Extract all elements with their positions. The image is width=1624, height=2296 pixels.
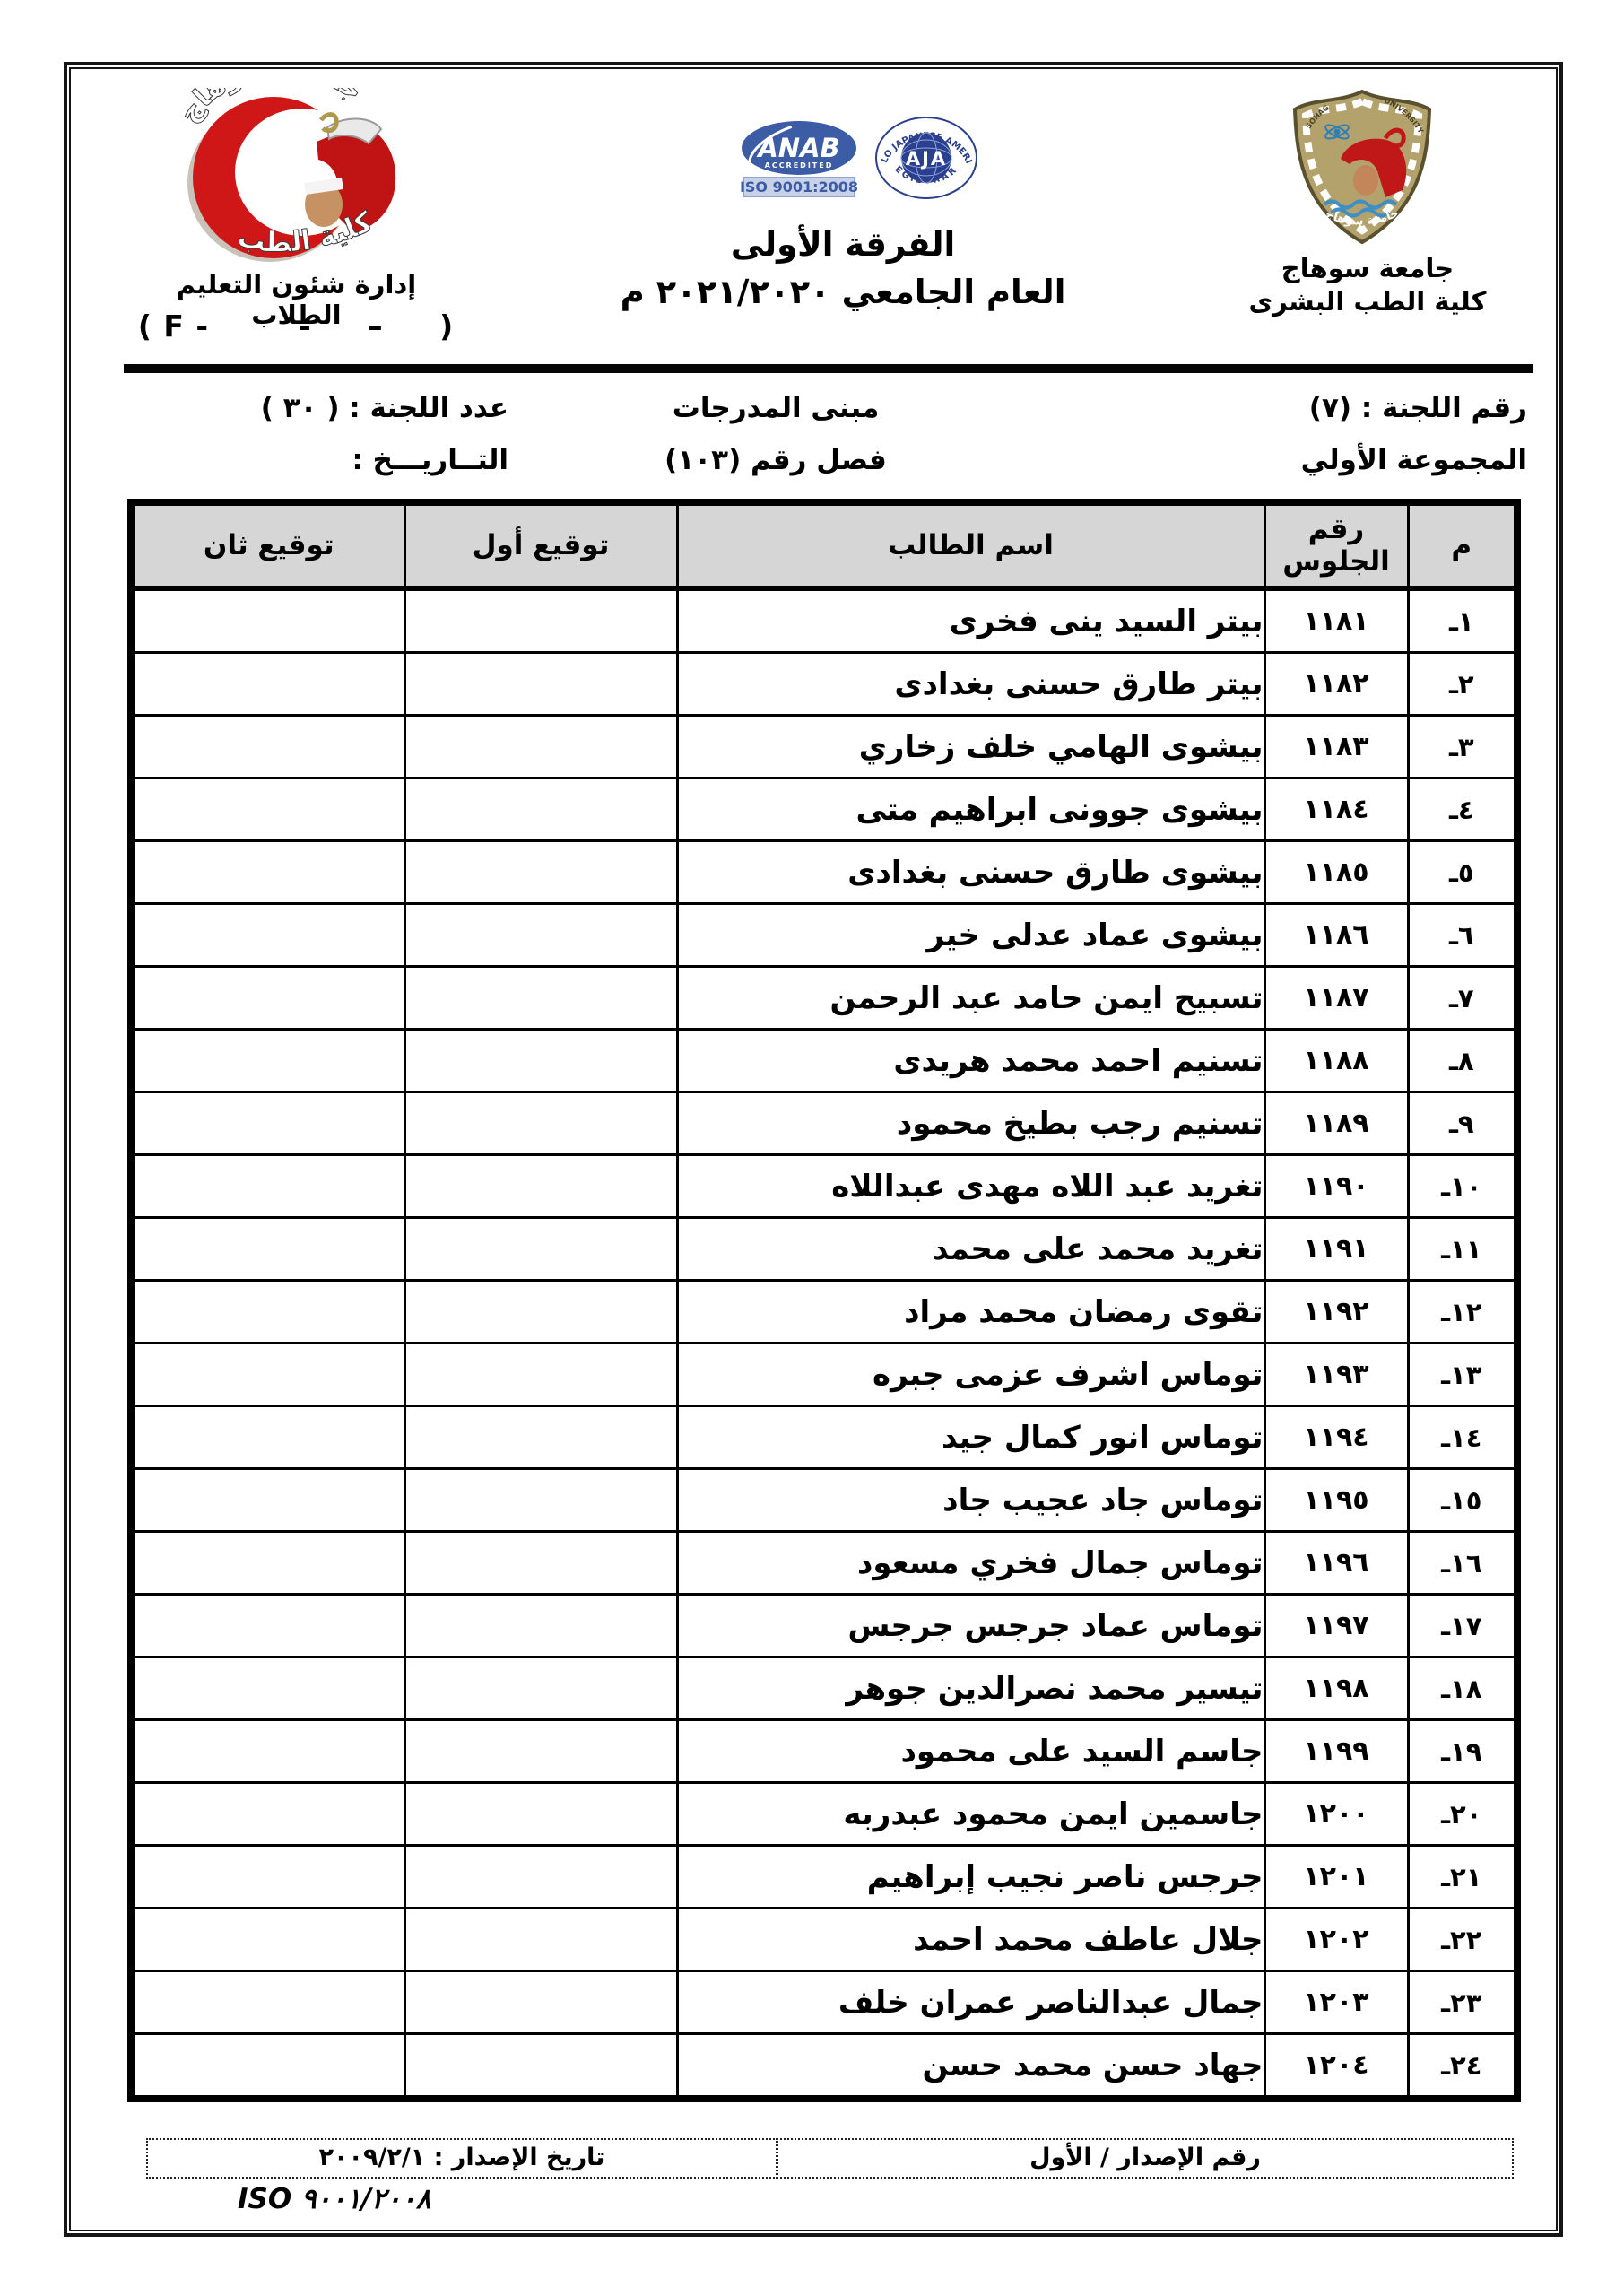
student-name-cell: توماس جمال فخري مسعود: [677, 1532, 1264, 1595]
student-name-cell: بيتر طارق حسنى بغدادى: [677, 653, 1264, 716]
header-no: م: [1408, 502, 1517, 588]
anab-accredited-label: ACCREDITED: [765, 161, 834, 170]
table-row: ١ـ ١١٨١ بيتر السيد ينى فخرى: [131, 588, 1517, 653]
second-signature-cell: [131, 1909, 404, 1971]
faculty-name: كلية الطب البشرى: [1242, 285, 1493, 318]
table-row: ١٣ـ ١١٩٣ توماس اشرف عزمى جبره: [131, 1344, 1517, 1406]
seat-number-cell: ١١٩١: [1264, 1218, 1408, 1281]
table-row: ١٢ـ ١١٩٢ تقوى رمضان محمد مراد: [131, 1281, 1517, 1344]
student-name-cell: جمال عبدالناصر عمران خلف: [677, 1971, 1264, 2034]
table-row: ٥ـ ١١٨٥ بيشوى طارق حسنى بغدادى: [131, 841, 1517, 904]
first-signature-cell: [404, 1155, 677, 1218]
row-number-cell: ٢٠ـ: [1408, 1783, 1517, 1846]
student-name-cell: بيشوى جوونى ابراهيم متى: [677, 778, 1264, 841]
row-number-cell: ٢٣ـ: [1408, 1971, 1517, 2034]
second-signature-cell: [131, 1595, 404, 1657]
first-signature-cell: [404, 1218, 677, 1281]
row-number-cell: ٥ـ: [1408, 841, 1517, 904]
table-row: ١٩ـ ١١٩٩ جاسم السيد على محمود: [131, 1720, 1517, 1783]
row-number-cell: ٤ـ: [1408, 778, 1517, 841]
header-first-signature: توقيع أول: [404, 502, 677, 588]
table-row: ٣ـ ١١٨٣ بيشوى الهامي خلف زخاري: [131, 716, 1517, 778]
anab-wordmark: ANAB: [756, 133, 839, 163]
first-signature-cell: [404, 1657, 677, 1720]
second-signature-cell: [131, 1344, 404, 1406]
table-row: ٢٢ـ ١٢٠٢ جلال عاطف محمد احمد: [131, 1909, 1517, 1971]
second-signature-cell: [131, 778, 404, 841]
student-name-cell: جاسم السيد على محمود: [677, 1720, 1264, 1783]
student-name-cell: تسنيم رجب بطيخ محمود: [677, 1092, 1264, 1155]
row-number-cell: ١٨ـ: [1408, 1657, 1517, 1720]
row-number-cell: ٩ـ: [1408, 1092, 1517, 1155]
first-signature-cell: [404, 1092, 677, 1155]
row-number-cell: ٢٤ـ: [1408, 2034, 1517, 2100]
student-name-cell: جاسمين ايمن محمود عبدربه: [677, 1783, 1264, 1846]
second-signature-cell: [131, 1281, 404, 1344]
university-shield-logo: SOHAG UNIVERSITY جامعة سوهاج: [1280, 87, 1445, 248]
seat-number-cell: ١٢٠٠: [1264, 1783, 1408, 1846]
table-row: ٢٤ـ ١٢٠٤ جهاد حسن محمد حسن: [131, 2034, 1517, 2100]
first-signature-cell: [404, 1783, 677, 1846]
student-name-cell: بيتر السيد ينى فخرى: [677, 588, 1264, 653]
first-signature-cell: [404, 841, 677, 904]
seat-number-cell: ١٢٠٢: [1264, 1909, 1408, 1971]
committee-count: عدد اللجنة : ( ٣٠ ): [261, 382, 508, 434]
iso-certification-line: ISO ٩٠٠١/٢٠٠٨: [238, 2183, 431, 2215]
table-row: ٦ـ ١١٨٦ بيشوى عماد عدلى خير: [131, 904, 1517, 967]
second-signature-cell: [131, 1406, 404, 1469]
first-signature-cell: [404, 1720, 677, 1783]
row-number-cell: ١٢ـ: [1408, 1281, 1517, 1344]
seat-number-cell: ١١٨٨: [1264, 1030, 1408, 1092]
first-signature-cell: [404, 1971, 677, 2034]
table-row: ٢٠ـ ١٢٠٠ جاسمين ايمن محمود عبدربه: [131, 1783, 1517, 1846]
seat-number-cell: ١١٩٣: [1264, 1344, 1408, 1406]
second-signature-cell: [131, 1971, 404, 2034]
first-signature-cell: [404, 967, 677, 1030]
seat-number-cell: ١١٩٥: [1264, 1469, 1408, 1532]
row-number-cell: ١٧ـ: [1408, 1595, 1517, 1657]
first-signature-cell: [404, 1469, 677, 1532]
first-signature-cell: [404, 1344, 677, 1406]
form-code-line: ( F - - – ): [135, 309, 457, 344]
second-signature-cell: [131, 904, 404, 967]
second-signature-cell: [131, 1218, 404, 1281]
student-name-cell: تسنيم احمد محمد هريدى: [677, 1030, 1264, 1092]
row-number-cell: ١ـ: [1408, 588, 1517, 653]
second-signature-cell: [131, 653, 404, 716]
first-signature-cell: [404, 1030, 677, 1092]
seat-number-cell: ١١٨٤: [1264, 778, 1408, 841]
student-name-cell: بيشوى عماد عدلى خير: [677, 904, 1264, 967]
second-signature-cell: [131, 2034, 404, 2100]
table-row: ٢ـ ١١٨٢ بيتر طارق حسنى بغدادى: [131, 653, 1517, 716]
building-label: مبنى المدرجات: [583, 382, 968, 434]
group-label: المجموعة الأولي: [1301, 434, 1527, 486]
second-signature-cell: [131, 1783, 404, 1846]
seat-number-cell: ١١٨١: [1264, 588, 1408, 653]
second-signature-cell: [131, 967, 404, 1030]
seat-number-cell: ١١٩٨: [1264, 1657, 1408, 1720]
row-number-cell: ١٠ـ: [1408, 1155, 1517, 1218]
table-row: ١٠ـ ١١٩٠ تغريد عبد اللاه مهدى عبداللاه: [131, 1155, 1517, 1218]
university-name-block: جامعة سوهاج كلية الطب البشرى: [1242, 252, 1493, 318]
issue-date-box: تاريخ الإصدار : ٢٠٠٩/٢/١: [146, 2138, 777, 2179]
seat-number-cell: ١١٨٢: [1264, 653, 1408, 716]
table-row: ١٧ـ ١١٩٧ توماس عماد جرجس جرجس: [131, 1595, 1517, 1657]
student-name-cell: تيسير محمد نصرالدين جوهر: [677, 1657, 1264, 1720]
first-signature-cell: [404, 1532, 677, 1595]
anab-logo: ANAB ACCREDITED ISO 9001:2008: [739, 120, 859, 197]
row-number-cell: ١٣ـ: [1408, 1344, 1517, 1406]
anab-iso-label: ISO 9001:2008: [740, 178, 858, 196]
aja-wordmark: AJA: [906, 148, 947, 170]
table-row: ٤ـ ١١٨٤ بيشوى جوونى ابراهيم متى: [131, 778, 1517, 841]
row-number-cell: ٧ـ: [1408, 967, 1517, 1030]
student-name-cell: توماس اشرف عزمى جبره: [677, 1344, 1264, 1406]
second-signature-cell: [131, 1155, 404, 1218]
room-label: فصل رقم (١٠٣): [583, 434, 968, 486]
second-signature-cell: [131, 1657, 404, 1720]
second-signature-cell: [131, 716, 404, 778]
header-seat-number: رقم الجلوس: [1264, 502, 1408, 588]
table-row: ٢١ـ ١٢٠١ جرجس ناصر نجيب إبراهيم: [131, 1846, 1517, 1909]
student-name-cell: جلال عاطف محمد احمد: [677, 1909, 1264, 1971]
row-number-cell: ٣ـ: [1408, 716, 1517, 778]
date-label: التــاريـــخ :: [261, 434, 508, 486]
seat-number-cell: ١١٩٠: [1264, 1155, 1408, 1218]
row-number-cell: ٢١ـ: [1408, 1846, 1517, 1909]
first-signature-cell: [404, 1846, 677, 1909]
table-row: ٢٣ـ ١٢٠٣ جمال عبدالناصر عمران خلف: [131, 1971, 1517, 2034]
first-signature-cell: [404, 1406, 677, 1469]
header-student-name: اسم الطالب: [677, 502, 1264, 588]
table-row: ٧ـ ١١٨٧ تسبيح ايمن حامد عبد الرحمن: [131, 967, 1517, 1030]
student-name-cell: تقوى رمضان محمد مراد: [677, 1281, 1264, 1344]
title-grade: الفرقة الأولى: [556, 221, 1130, 268]
second-signature-cell: [131, 1846, 404, 1909]
row-number-cell: ٢٢ـ: [1408, 1909, 1517, 1971]
row-number-cell: ١٥ـ: [1408, 1469, 1517, 1532]
seat-number-cell: ١١٨٩: [1264, 1092, 1408, 1155]
student-name-cell: جهاد حسن محمد حسن: [677, 2034, 1264, 2100]
second-signature-cell: [131, 1720, 404, 1783]
table-body: ١ـ ١١٨١ بيتر السيد ينى فخرى ٢ـ ١١٨٢ بيتر…: [131, 588, 1517, 2099]
seat-number-cell: ١١٨٥: [1264, 841, 1408, 904]
seat-number-cell: ١٢٠٤: [1264, 2034, 1408, 2100]
student-name-cell: جرجس ناصر نجيب إبراهيم: [677, 1846, 1264, 1909]
table-row: ١٤ـ ١١٩٤ توماس انور كمال جيد: [131, 1406, 1517, 1469]
issue-number-box: رقم الإصدار / الأول: [777, 2138, 1514, 2179]
seat-number-cell: ١٢٠١: [1264, 1846, 1408, 1909]
first-signature-cell: [404, 778, 677, 841]
first-signature-cell: [404, 2034, 677, 2100]
committee-number: رقم اللجنة : (٧): [1301, 382, 1527, 434]
student-roster-table: م رقم الجلوس اسم الطالب توقيع أول توقيع …: [127, 499, 1521, 2102]
first-signature-cell: [404, 588, 677, 653]
second-signature-cell: [131, 841, 404, 904]
seat-number-cell: ١١٨٧: [1264, 967, 1408, 1030]
table-row: ٨ـ ١١٨٨ تسنيم احمد محمد هريدى: [131, 1030, 1517, 1092]
row-number-cell: ١١ـ: [1408, 1218, 1517, 1281]
table-row: ١٨ـ ١١٩٨ تيسير محمد نصرالدين جوهر: [131, 1657, 1517, 1720]
row-number-cell: ٨ـ: [1408, 1030, 1517, 1092]
student-name-cell: توماس جاد عجيب جاد: [677, 1469, 1264, 1532]
row-number-cell: ٦ـ: [1408, 904, 1517, 967]
first-signature-cell: [404, 653, 677, 716]
student-name-cell: بيشوى الهامي خلف زخاري: [677, 716, 1264, 778]
row-number-cell: ١٦ـ: [1408, 1532, 1517, 1595]
row-number-cell: ١٩ـ: [1408, 1720, 1517, 1783]
table-row: ١١ـ ١١٩١ تغريد محمد على محمد: [131, 1218, 1517, 1281]
title-academic-year: العام الجامعي ٢٠٢١/٢٠٢٠ م: [556, 268, 1130, 316]
student-name-cell: تغريد محمد على محمد: [677, 1218, 1264, 1281]
committee-info-right: رقم اللجنة : (٧) المجموعة الأولي: [1301, 382, 1527, 486]
first-signature-cell: [404, 1281, 677, 1344]
table-row: ١٥ـ ١١٩٥ توماس جاد عجيب جاد: [131, 1469, 1517, 1532]
student-name-cell: توماس انور كمال جيد: [677, 1406, 1264, 1469]
first-signature-cell: [404, 904, 677, 967]
page-title-block: الفرقة الأولى العام الجامعي ٢٠٢١/٢٠٢٠ م: [556, 221, 1130, 316]
seat-number-cell: ١١٩٦: [1264, 1532, 1408, 1595]
student-name-cell: توماس عماد جرجس جرجس: [677, 1595, 1264, 1657]
row-number-cell: ١٤ـ: [1408, 1406, 1517, 1469]
header-divider-rule: [124, 364, 1533, 373]
first-signature-cell: [404, 716, 677, 778]
first-signature-cell: [404, 1595, 677, 1657]
student-name-cell: تسبيح ايمن حامد عبد الرحمن: [677, 967, 1264, 1030]
second-signature-cell: [131, 1030, 404, 1092]
row-number-cell: ٢ـ: [1408, 653, 1517, 716]
second-signature-cell: [131, 1092, 404, 1155]
second-signature-cell: [131, 588, 404, 653]
second-signature-cell: [131, 1469, 404, 1532]
faculty-crescent-logo: جامعة سوهاج كلية الطب: [137, 88, 411, 267]
seat-number-cell: ١١٨٣: [1264, 716, 1408, 778]
aja-logo: ANGLO JAPANESE AMERICAN REGISTRARS AJA: [873, 116, 979, 200]
university-name: جامعة سوهاج: [1242, 252, 1493, 285]
committee-info-left: عدد اللجنة : ( ٣٠ ) التــاريـــخ :: [261, 382, 508, 486]
second-signature-cell: [131, 1532, 404, 1595]
header-second-signature: توقيع ثان: [131, 502, 404, 588]
table-row: ٩ـ ١١٨٩ تسنيم رجب بطيخ محمود: [131, 1092, 1517, 1155]
seat-number-cell: ١٢٠٣: [1264, 1971, 1408, 2034]
seat-number-cell: ١١٩٧: [1264, 1595, 1408, 1657]
seat-number-cell: ١١٩٩: [1264, 1720, 1408, 1783]
table-header-row: م رقم الجلوس اسم الطالب توقيع أول توقيع …: [131, 502, 1517, 588]
first-signature-cell: [404, 1909, 677, 1971]
table-row: ١٦ـ ١١٩٦ توماس جمال فخري مسعود: [131, 1532, 1517, 1595]
committee-info-center: مبنى المدرجات فصل رقم (١٠٣): [583, 382, 968, 486]
student-name-cell: بيشوى طارق حسنى بغدادى: [677, 841, 1264, 904]
seat-number-cell: ١١٩٢: [1264, 1281, 1408, 1344]
student-name-cell: تغريد عبد اللاه مهدى عبداللاه: [677, 1155, 1264, 1218]
seat-number-cell: ١١٨٦: [1264, 904, 1408, 967]
seat-number-cell: ١١٩٤: [1264, 1406, 1408, 1469]
